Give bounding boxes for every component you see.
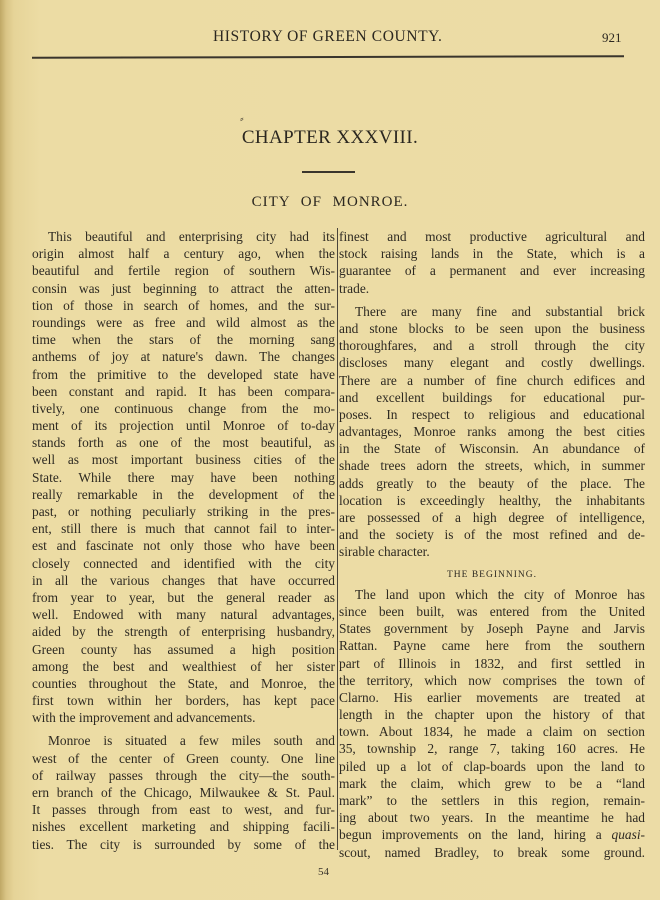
text-line: trade. xyxy=(339,280,645,297)
text-line: Clarno. His earlier movements are treate… xyxy=(339,689,645,706)
page-number: 921 xyxy=(602,30,622,46)
column-divider xyxy=(337,228,338,850)
text-line: are possessed of a high degree of intell… xyxy=(339,509,645,526)
text-line: finest and most productive agricultural … xyxy=(339,228,645,245)
paragraph: finest and most productive agricultural … xyxy=(339,228,645,297)
signature-mark: 54 xyxy=(318,866,329,878)
text-line: origin almost half a century ago, when t… xyxy=(32,245,335,262)
text-line: advantages, Monroe ranks among the best … xyxy=(339,423,645,440)
section-title: CITY OF MONROE. xyxy=(0,194,660,211)
text-line: with the improvement and advancements. xyxy=(32,709,335,726)
text-line: in the State of Wisconsin. An abundance … xyxy=(339,440,645,457)
text-line: poses. In respect to religious and educa… xyxy=(339,406,645,423)
text-line: begun improvements on the land, hiring a… xyxy=(339,826,645,843)
text-line: been constant and rapid. It has been com… xyxy=(32,383,335,400)
text-line: mark the claim, which grew to be a “land xyxy=(339,775,645,792)
text-line: time when the stars of the morning sang xyxy=(32,331,335,348)
header-rule xyxy=(32,55,624,59)
text-line: sirable character. xyxy=(339,543,645,560)
book-page: HISTORY OF GREEN COUNTY. 921 ⸗ CHAPTER X… xyxy=(0,0,660,900)
text-line: State. While there may have been nothing xyxy=(32,469,335,486)
text-line: from year to year, but the general reade… xyxy=(32,589,335,606)
left-column: This beautiful and enterprising city had… xyxy=(32,228,335,853)
text-line: of railway passes through the city—the s… xyxy=(32,767,335,784)
text-line: ent, still there is much that cannot fai… xyxy=(32,520,335,537)
text-line: beautiful and fertile region of southern… xyxy=(32,262,335,279)
text-line: and stone blocks to be seen upon the bus… xyxy=(339,320,645,337)
text-line: piled up a lot of clap-boards upon the l… xyxy=(339,758,645,775)
text-line: in all the various changes that have occ… xyxy=(32,572,335,589)
text-line: town. About 1834, he made a claim on sec… xyxy=(339,723,645,740)
text-line: guarantee of a permanent and ever increa… xyxy=(339,262,645,279)
text-line: This beautiful and enterprising city had… xyxy=(32,228,335,245)
italic-word: quasi- xyxy=(612,827,645,842)
right-column: finest and most productive agricultural … xyxy=(339,228,645,861)
text-line: States government by Joseph Payne and Ja… xyxy=(339,620,645,637)
text-line: really remarkable in the development of … xyxy=(32,486,335,503)
text-line: part of Illinois in 1832, and first sett… xyxy=(339,655,645,672)
chapter-title: CHAPTER XXXVIII. xyxy=(0,127,660,149)
text-line: west of the center of Green county. One … xyxy=(32,750,335,767)
text-line: aided by the strength of enterprising hu… xyxy=(32,623,335,640)
subheading: THE BEGINNING. xyxy=(339,567,645,584)
text-line: discloses many elegant and costly dwelli… xyxy=(339,354,645,371)
text-line: ties. The city is surrounded by some of … xyxy=(32,836,335,853)
text-line: closely connected and identified with th… xyxy=(32,555,335,572)
text-line: shade trees adorn the streets, which, in… xyxy=(339,457,645,474)
text-line: ing about two years. In the meantime he … xyxy=(339,809,645,826)
text-line: the territory, which now comprises the t… xyxy=(339,672,645,689)
text-line: The land upon which the city of Monroe h… xyxy=(339,586,645,603)
text-line: ern branch of the Chicago, Milwaukee & S… xyxy=(32,784,335,801)
text-line: counties throughout the State, and Monro… xyxy=(32,675,335,692)
text-line: tion of those in search of homes, and th… xyxy=(32,297,335,314)
text-line: stock raising lands in the State, which … xyxy=(339,245,645,262)
text-line: Rattan. Payne came here from the souther… xyxy=(339,637,645,654)
text-line: Green county has assumed a high position xyxy=(32,641,335,658)
paragraph: Monroe is situated a few miles south and… xyxy=(32,732,335,852)
chapter-rule xyxy=(302,171,355,173)
text-line: past, or nothing peculiarly striking in … xyxy=(32,503,335,520)
text-line: ment of its projection until Monroe of t… xyxy=(32,417,335,434)
text-line: well. Endowed with many natural advantag… xyxy=(32,606,335,623)
text-line: well as most important business cities o… xyxy=(32,451,335,468)
text-line: and the society is of the most refined a… xyxy=(339,526,645,543)
text-line: There are a number of fine church edific… xyxy=(339,372,645,389)
running-title: HISTORY OF GREEN COUNTY. xyxy=(213,28,442,46)
text-line: and excellent buildings for educational … xyxy=(339,389,645,406)
paragraph: There are many fine and substantial bric… xyxy=(339,303,645,561)
paragraph: The land upon which the city of Monroe h… xyxy=(339,586,645,861)
text-line: There are many fine and substantial bric… xyxy=(339,303,645,320)
text-line: est and fascinate not only those who hav… xyxy=(32,537,335,554)
pencil-mark-icon: ⸗ xyxy=(240,112,244,125)
text-line: length in the chapter upon the history o… xyxy=(339,706,645,723)
text-line: first town within her borders, has kept … xyxy=(32,692,335,709)
text-line: from the primitive to the developed stat… xyxy=(32,366,335,383)
text-line: anthems of joy at nature's dawn. The cha… xyxy=(32,348,335,365)
text-line: adds greatly to the beauty of the place.… xyxy=(339,475,645,492)
text-line: roundings were as free and wild almost a… xyxy=(32,314,335,331)
text-line: Monroe is situated a few miles south and xyxy=(32,732,335,749)
text-line: thoroughfares, and a stroll through the … xyxy=(339,337,645,354)
text-line: mark” to the settlers in this region, re… xyxy=(339,792,645,809)
text-line: nishes excellent marketing and shipping … xyxy=(32,818,335,835)
text-line: scout, named Bradley, to break some grou… xyxy=(339,844,645,861)
text-line: since been built, was entered from the U… xyxy=(339,603,645,620)
text-line: It passes through from east to west, and… xyxy=(32,801,335,818)
paragraph: This beautiful and enterprising city had… xyxy=(32,228,335,726)
text-line: tively, one continuous change from the m… xyxy=(32,400,335,417)
text-line: consin was just beginning to attract the… xyxy=(32,280,335,297)
text-line: stands forth as one of the most beautifu… xyxy=(32,434,335,451)
text-line: location is exceedingly healthy, the inh… xyxy=(339,492,645,509)
text-line: 35, township 2, range 7, taking 160 acre… xyxy=(339,740,645,757)
text-line: among the best and wealthiest of her sis… xyxy=(32,658,335,675)
